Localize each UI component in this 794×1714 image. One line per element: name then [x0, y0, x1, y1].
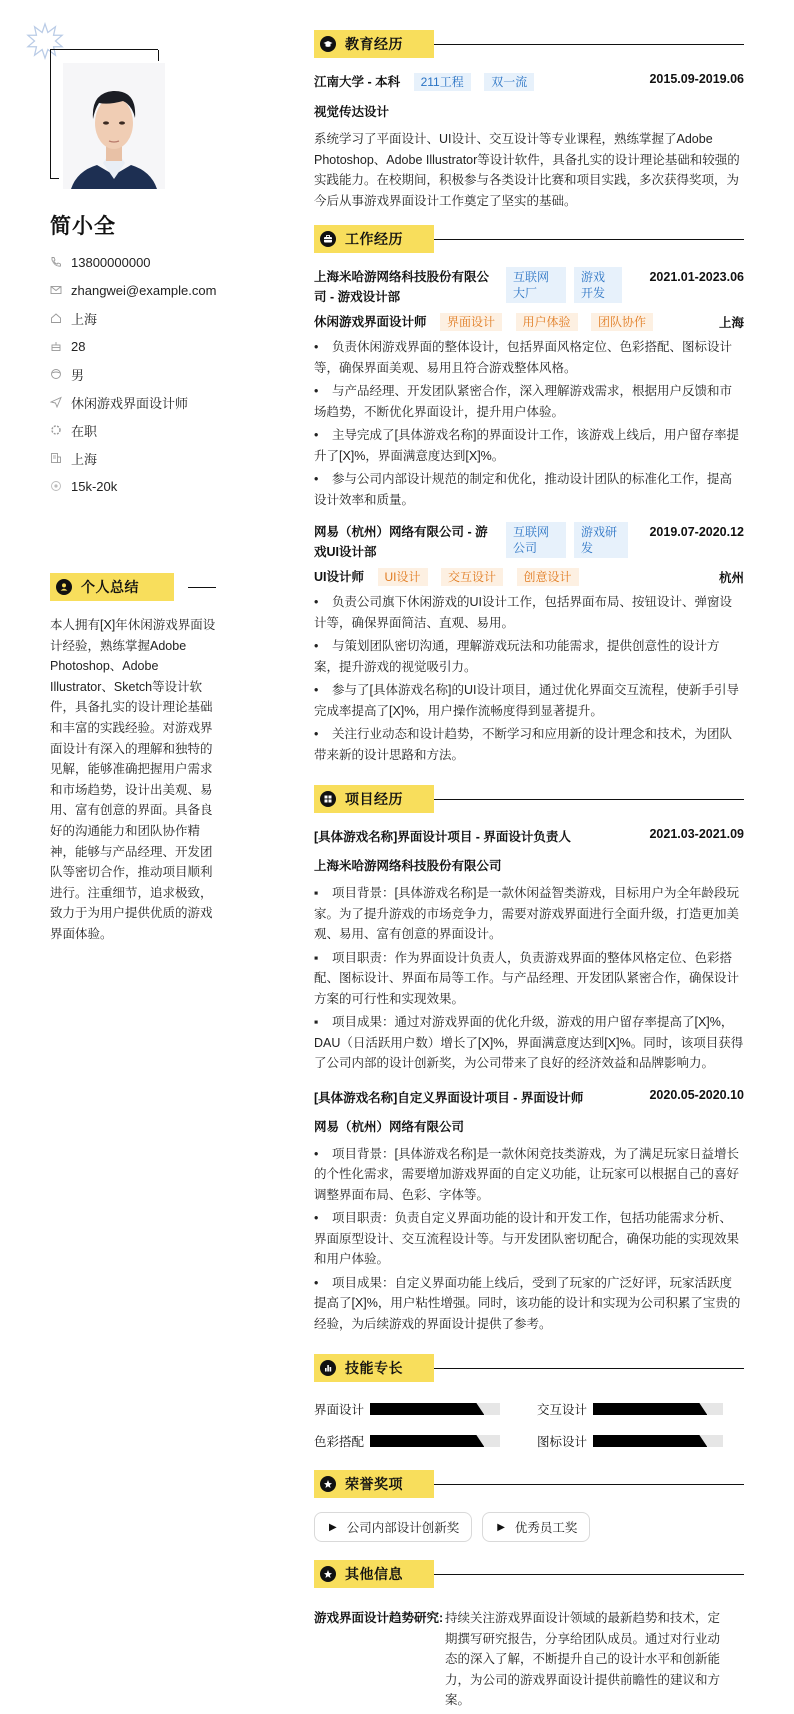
project-bullet: 项目背景：[具体游戏名称]是一款休闲益智类游戏，目标用户为全年龄段玩家。为了提升…: [314, 883, 744, 945]
project-bullet: 项目职责：作为界面设计负责人，负责游戏界面的整体风格定位、色彩搭配、图标设计、界…: [314, 948, 744, 1010]
contact-info-list: 13800000000 zhangwei@example.com 上海 28 男…: [50, 248, 250, 500]
info-gender: 男: [50, 360, 250, 388]
building-icon: [50, 452, 62, 464]
section-title: 其他信息: [345, 1564, 403, 1584]
salary-icon: [50, 480, 62, 492]
send-icon: [50, 396, 62, 408]
role-tag: 用户体验: [516, 313, 578, 331]
project-date: 2021.03-2021.09: [649, 827, 744, 841]
info-value: 15k-20k: [71, 479, 117, 494]
info-value: 在职: [71, 421, 97, 440]
info-value: 男: [71, 365, 84, 384]
job-bullet: 主导完成了[具体游戏名称]的界面设计工作，该游戏上线后，用户留存率提升了[X]%…: [314, 425, 744, 466]
skill-item: 界面设计: [314, 1400, 501, 1418]
info-location: 上海: [50, 304, 250, 332]
other-item: 游戏界面设计趋势研究: 持续关注游戏界面设计领域的最新趋势和技术，定期撰写研究报…: [314, 1608, 744, 1711]
section-title: 荣誉奖项: [345, 1474, 403, 1494]
briefcase-icon: [320, 231, 336, 247]
job-date: 2019.07-2020.12: [649, 522, 744, 542]
project-bullet: 项目成果：自定义界面功能上线后，受到了玩家的广泛好评，玩家活跃度提高了[X]%，…: [314, 1273, 744, 1335]
other-value: 持续关注游戏界面设计领域的最新趋势和技术，定期撰写研究报告，分享给团队成员。通过…: [445, 1608, 732, 1711]
info-work-city: 上海: [50, 444, 250, 472]
grid-icon: [320, 791, 336, 807]
job-city: 上海: [719, 313, 744, 331]
other-key: 游戏界面设计趋势研究:: [314, 1608, 445, 1711]
info-value: 上海: [71, 309, 97, 328]
section-title: 教育经历: [345, 34, 403, 54]
company-tag: 游戏开发: [574, 267, 622, 303]
bar-chart-icon: [320, 1360, 336, 1376]
job-bullet: 关注行业动态和设计趋势，不断学习和应用新的设计理念和技术，为团队带来新的设计思路…: [314, 724, 744, 765]
user-icon: [56, 579, 72, 595]
section-title: 技能专长: [345, 1358, 403, 1378]
job-bullet: 参与公司内部设计规范的制定和优化，推动设计团队的标准化工作，提高设计效率和质量。: [314, 469, 744, 510]
info-icon: [320, 1566, 336, 1582]
school-tag: 211工程: [414, 73, 471, 91]
role-tag: 界面设计: [440, 313, 502, 331]
home-icon: [50, 312, 62, 324]
info-position: 休闲游戏界面设计师: [50, 388, 250, 416]
mail-icon: [50, 284, 62, 296]
role-tag: UI设计: [378, 568, 428, 586]
section-title: 个人总结: [81, 577, 139, 597]
school-tag: 双一流: [484, 73, 534, 91]
section-other: 其他信息 游戏界面设计趋势研究: 持续关注游戏界面设计领域的最新趋势和技术，定期…: [314, 1560, 744, 1711]
company-name: 网易（杭州）网络有限公司 - 游戏UI设计部: [314, 522, 494, 562]
section-projects: 项目经历 [具体游戏名称]界面设计项目 - 界面设计负责人 2021.03-20…: [314, 785, 744, 1334]
graduation-cap-icon: [320, 36, 336, 52]
main-content: 教育经历 江南大学 - 本科 211工程 双一流 2015.09-2019.06…: [314, 30, 744, 1711]
company-tag: 互联网公司: [506, 522, 566, 558]
section-honors: 荣誉奖项 ▶ 公司内部设计创新奖 ▶ 优秀员工奖: [314, 1470, 744, 1542]
project-bullet: 项目背景：[具体游戏名称]是一款休闲竞技类游戏，为了满足玩家日益增长的个性化需求…: [314, 1144, 744, 1206]
company-name: 上海米哈游网络科技股份有限公司 - 游戏设计部: [314, 267, 494, 307]
role-tag: 团队协作: [591, 313, 653, 331]
award-chip: ▶ 公司内部设计创新奖: [314, 1512, 472, 1542]
skill-item: 色彩搭配: [314, 1432, 501, 1450]
award-icon: [320, 1476, 336, 1492]
job-role: 休闲游戏界面设计师: [314, 315, 427, 329]
major: 视觉传达设计: [314, 102, 744, 120]
info-value: zhangwei@example.com: [71, 283, 216, 298]
job-role: UI设计师: [314, 570, 364, 584]
job-bullet: 与策划团队密切沟通，理解游戏玩法和功能需求，提供创意性的设计方案，提升游戏的视觉…: [314, 636, 744, 677]
phone-icon: [50, 256, 62, 268]
gender-icon: [50, 368, 62, 380]
job-date: 2021.01-2023.06: [649, 267, 744, 287]
skill-bar: [593, 1403, 723, 1415]
job-entry: 上海米哈游网络科技股份有限公司 - 游戏设计部 互联网大厂 游戏开发 2021.…: [314, 267, 744, 510]
avatar: [63, 63, 165, 189]
skill-bar: [370, 1435, 500, 1447]
school-name: 江南大学 - 本科: [314, 75, 400, 89]
education-description: 系统学习了平面设计、UI设计、交互设计等专业课程，熟练掌握了Adobe Phot…: [314, 129, 744, 211]
section-summary-header: 个人总结: [50, 573, 216, 601]
job-bullet: 与产品经理、开发团队紧密合作，深入理解游戏需求，根据用户反馈和市场趋势，不断优化…: [314, 381, 744, 422]
project-name: [具体游戏名称]自定义界面设计项目 - 界面设计师: [314, 1088, 583, 1106]
info-email: zhangwei@example.com: [50, 276, 250, 304]
triangle-right-icon: ▶: [329, 1522, 337, 1533]
skill-bar: [593, 1435, 723, 1447]
project-entry: [具体游戏名称]界面设计项目 - 界面设计负责人 2021.03-2021.09…: [314, 827, 744, 1074]
info-value: 28: [71, 339, 85, 354]
cake-icon: [50, 340, 62, 352]
summary-text: 本人拥有[X]年休闲游戏界面设计经验，熟练掌握Adobe Photoshop、A…: [50, 615, 220, 945]
education-date: 2015.09-2019.06: [649, 72, 744, 86]
job-entry: 网易（杭州）网络有限公司 - 游戏UI设计部 互联网公司 游戏研发 2019.0…: [314, 522, 744, 765]
info-value: 休闲游戏界面设计师: [71, 393, 188, 412]
section-title: 工作经历: [345, 229, 403, 249]
section-skills: 技能专长 界面设计 交互设计 色彩搭配 图标设计: [314, 1354, 744, 1450]
company-tag: 互联网大厂: [506, 267, 566, 303]
info-status: 在职: [50, 416, 250, 444]
section-education: 教育经历 江南大学 - 本科 211工程 双一流 2015.09-2019.06…: [314, 30, 744, 211]
triangle-right-icon: ▶: [497, 1522, 505, 1533]
role-tag: 创意设计: [517, 568, 579, 586]
status-icon: [50, 424, 62, 436]
award-chip: ▶ 优秀员工奖: [482, 1512, 590, 1542]
project-date: 2020.05-2020.10: [649, 1088, 744, 1102]
info-value: 13800000000: [71, 255, 151, 270]
section-title: 项目经历: [345, 789, 403, 809]
info-salary: 15k-20k: [50, 472, 250, 500]
job-bullet: 参与了[具体游戏名称]的UI设计项目，通过优化界面交互流程，使新手引导完成率提高…: [314, 680, 744, 721]
info-age: 28: [50, 332, 250, 360]
info-value: 上海: [71, 449, 97, 468]
project-name: [具体游戏名称]界面设计项目 - 界面设计负责人: [314, 827, 571, 845]
skill-item: 图标设计: [537, 1432, 724, 1450]
skill-bar: [370, 1403, 500, 1415]
role-tag: 交互设计: [441, 568, 503, 586]
skill-item: 交互设计: [537, 1400, 724, 1418]
project-bullet: 项目成果：通过对游戏界面的优化升级，游戏的用户留存率提高了[X]%，DAU（日活…: [314, 1012, 744, 1074]
project-entry: [具体游戏名称]自定义界面设计项目 - 界面设计师 2020.05-2020.1…: [314, 1088, 744, 1335]
project-company: 上海米哈游网络科技股份有限公司: [314, 856, 744, 874]
candidate-name: 简小全: [50, 210, 116, 240]
project-company: 网易（杭州）网络有限公司: [314, 1117, 744, 1135]
company-tag: 游戏研发: [574, 522, 628, 558]
project-bullet: 项目职责：负责自定义界面功能的设计和开发工作，包括功能需求分析、界面原型设计、交…: [314, 1208, 744, 1270]
section-work: 工作经历 上海米哈游网络科技股份有限公司 - 游戏设计部 互联网大厂 游戏开发 …: [314, 225, 744, 765]
job-bullet: 负责休闲游戏界面的整体设计，包括界面风格定位、色彩搭配、图标设计等，确保界面美观…: [314, 337, 744, 378]
job-bullet: 负责公司旗下休闲游戏的UI设计工作，包括界面布局、按钮设计、弹窗设计等，确保界面…: [314, 592, 744, 633]
info-phone: 13800000000: [50, 248, 250, 276]
job-city: 杭州: [719, 568, 744, 586]
